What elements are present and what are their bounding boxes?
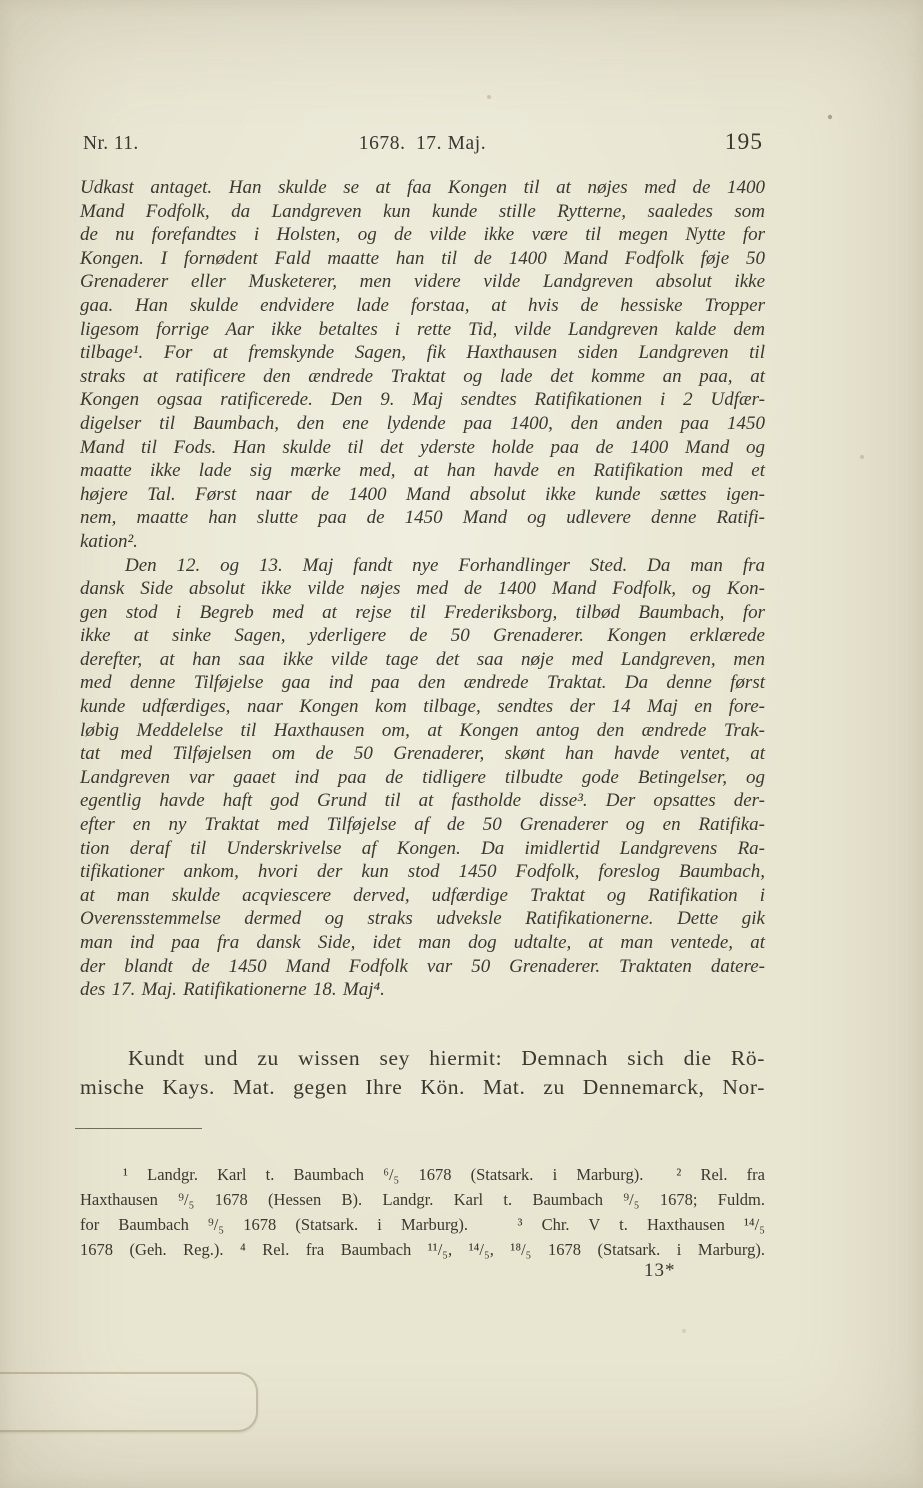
signature-mark: 13* — [644, 1260, 676, 1282]
label-imprint-shape — [0, 1372, 258, 1432]
text-line: tion deraf til Underskrivelse af Kongen.… — [80, 837, 765, 861]
page-header: Nr. 11. 1678. 17. Maj. 195 — [80, 131, 765, 157]
page-number: 195 — [725, 129, 763, 156]
text-line: egentlig havde haft god Grund til at fas… — [80, 789, 765, 813]
text-line: efter en ny Traktat med Tilføjelse af de… — [80, 813, 765, 837]
text-line: Landgreven var gaaet ind paa de tidliger… — [80, 766, 765, 790]
text-line: ligesom forrige Aar ikke betaltes i rett… — [80, 318, 765, 342]
text-line: Haxthausen ⁹/₅ 1678 (Hessen B). Landgr. … — [80, 1187, 765, 1212]
text-line: de nu forefandtes i Holsten, og de vilde… — [80, 223, 765, 247]
paragraph-treaty-german: Kundt und zu wissen sey hiermit: Demnach… — [80, 1044, 765, 1101]
main-text-block: Udkast antaget. Han skulde se at faa Kon… — [80, 176, 765, 1002]
text-line: derefter, at han saa ikke vilde tage det… — [80, 648, 765, 672]
text-line: gaa. Han skulde endvidere lade forstaa, … — [80, 294, 765, 318]
footnote-separator-rule — [75, 1128, 202, 1129]
text-line: des 17. Maj. Ratifikationerne 18. Maj⁴. — [80, 978, 765, 1002]
text-line: mische Kays. Mat. gegen Ihre Kön. Mat. z… — [80, 1073, 765, 1102]
text-line: Overensstemmelse dermed og straks udveks… — [80, 907, 765, 931]
book-page: Nr. 11. 1678. 17. Maj. 195 Udkast antage… — [0, 0, 923, 1488]
text-line: tilbage¹. For at fremskynde Sagen, fik H… — [80, 341, 765, 365]
text-line: ikke at sinke Sagen, yderligere de 50 Gr… — [80, 624, 765, 648]
text-line: gen stod i Begreb med at rejse til Frede… — [80, 601, 765, 625]
text-line: dansk Side absolut ikke vilde nøjes med … — [80, 577, 765, 601]
text-line: Udkast antaget. Han skulde se at faa Kon… — [80, 176, 765, 200]
text-line: Mand til Fods. Han skulde til det yderst… — [80, 436, 765, 460]
paragraph-summary-2: Den 12. og 13. Maj fandt nye Forhandling… — [80, 554, 765, 1002]
text-line: maatte ikke lade sig mærke med, at han h… — [80, 459, 765, 483]
text-line: Den 12. og 13. Maj fandt nye Forhandling… — [80, 554, 765, 578]
text-line: 1678 (Geh. Reg.). ⁴ Rel. fra Baumbach ¹¹… — [80, 1237, 765, 1262]
text-line: at man skulde acqviescere derved, udfærd… — [80, 884, 765, 908]
text-line: højere Tal. Først naar de 1400 Mand abso… — [80, 483, 765, 507]
date-heading: 1678. 17. Maj. — [80, 133, 765, 155]
text-line: straks at ratificere den ændrede Traktat… — [80, 365, 765, 389]
text-line: Kongen ogsaa ratificerede. Den 9. Maj se… — [80, 388, 765, 412]
paragraph-summary-1: Udkast antaget. Han skulde se at faa Kon… — [80, 176, 765, 554]
text-line: Mand Fodfolk, da Landgreven kun kunde st… — [80, 200, 765, 224]
text-line: løbig Meddelelse til Haxthausen om, at K… — [80, 719, 765, 743]
text-line: med denne Tilføjelse gaa ind paa den ænd… — [80, 671, 765, 695]
text-line: kation². — [80, 530, 765, 554]
paper-specks — [0, 0, 2, 2]
text-line: der blandt de 1450 Mand Fodfolk var 50 G… — [80, 955, 765, 979]
footnotes: ¹ Landgr. Karl t. Baumbach ⁶/₅ 1678 (Sta… — [80, 1162, 765, 1262]
text-line: tat med Tilføjelsen om de 50 Grenaderer,… — [80, 742, 765, 766]
text-line: nem, maatte han slutte paa de 1450 Mand … — [80, 506, 765, 530]
text-line: tifikationer ankom, hvori der kun stod 1… — [80, 860, 765, 884]
text-line: kunde udfærdiges, naar Kongen kom tilbag… — [80, 695, 765, 719]
text-line: Kongen. I fornødent Fald maatte han til … — [80, 247, 765, 271]
text-line: man ind paa fra dansk Side, idet man dog… — [80, 931, 765, 955]
text-line: digelser til Baumbach, den ene lydende p… — [80, 412, 765, 436]
text-line: Kundt und zu wissen sey hiermit: Demnach… — [80, 1044, 765, 1073]
text-line: ¹ Landgr. Karl t. Baumbach ⁶/₅ 1678 (Sta… — [80, 1162, 765, 1187]
text-line: for Baumbach ⁹/₅ 1678 (Statsark. i Marbu… — [80, 1212, 765, 1237]
text-line: Grenaderer eller Musketerer, men videre … — [80, 270, 765, 294]
